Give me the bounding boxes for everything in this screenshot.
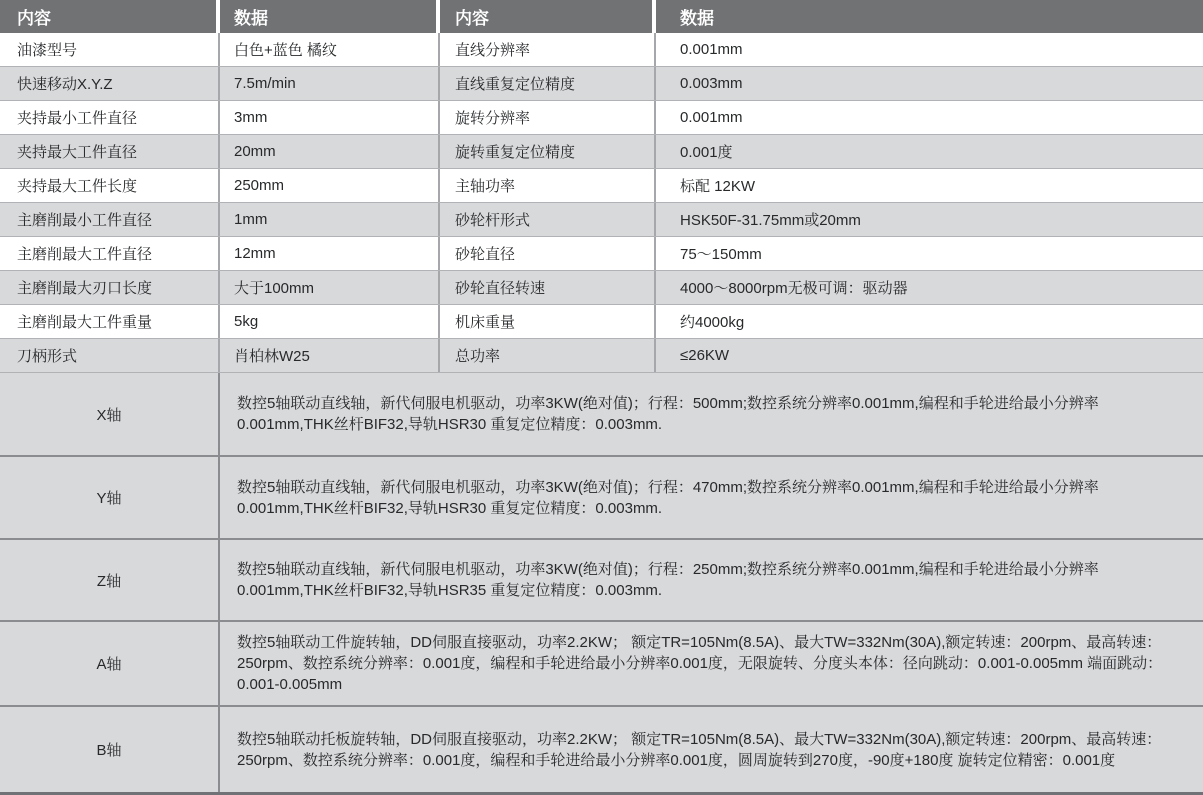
- axis-label-z: Z轴: [0, 540, 220, 620]
- machine-spec-table: 内容 数据 内容 数据 油漆型号 白色+蓝色 橘纹 直线分辨率 0.001mm …: [0, 0, 1203, 795]
- spec-value-right: 0.001mm: [656, 33, 1203, 66]
- axis-label-y: Y轴: [0, 457, 220, 538]
- table-row: 主磨削最大工件重量 5kg 机床重量 约4000kg: [0, 305, 1203, 339]
- table-row: 主磨削最大工件直径 12mm 砂轮直径 75～150mm: [0, 237, 1203, 271]
- header-data-left: 数据: [220, 0, 440, 33]
- table-row: 夹持最大工件长度 250mm 主轴功率 标配 12KW: [0, 169, 1203, 203]
- axis-label-b: B轴: [0, 707, 220, 792]
- axis-description-z: 数控5轴联动直线轴，新代伺服电机驱动，功率3KW(绝对值)；行程：250mm;数…: [220, 540, 1203, 620]
- spec-label-left: 夹持最大工件直径: [0, 135, 220, 168]
- spec-value-left: 白色+蓝色 橘纹: [220, 33, 440, 66]
- spec-value-left: 7.5m/min: [220, 67, 440, 100]
- spec-value-right: 4000～8000rpm无极可调：驱动器: [656, 271, 1203, 304]
- spec-value-right: 0.001mm: [656, 101, 1203, 134]
- axis-row-b: B轴 数控5轴联动托板旋转轴，DD伺服直接驱动，功率2.2KW； 额定TR=10…: [0, 707, 1203, 792]
- table-row: 主磨削最大刃口长度 大于100mm 砂轮直径转速 4000～8000rpm无极可…: [0, 271, 1203, 305]
- spec-label-right: 主轴功率: [440, 169, 656, 202]
- spec-label-right: 直线分辨率: [440, 33, 656, 66]
- spec-value-left: 12mm: [220, 237, 440, 270]
- spec-label-right: 砂轮直径转速: [440, 271, 656, 304]
- axis-row-x: X轴 数控5轴联动直线轴，新代伺服电机驱动，功率3KW(绝对值)；行程：500m…: [0, 373, 1203, 457]
- spec-value-left: 3mm: [220, 101, 440, 134]
- spec-value-right: 标配 12KW: [656, 169, 1203, 202]
- spec-label-left: 刀柄形式: [0, 339, 220, 372]
- axis-description-text: 数控5轴联动托板旋转轴，DD伺服直接驱动，功率2.2KW； 额定TR=105Nm…: [237, 729, 1181, 771]
- axis-label-a: A轴: [0, 622, 220, 705]
- spec-value-left: 5kg: [220, 305, 440, 338]
- spec-label-left: 夹持最小工件直径: [0, 101, 220, 134]
- spec-label-left: 主磨削最大刃口长度: [0, 271, 220, 304]
- axis-description-b: 数控5轴联动托板旋转轴，DD伺服直接驱动，功率2.2KW； 额定TR=105Nm…: [220, 707, 1203, 792]
- axis-description-text: 数控5轴联动直线轴，新代伺服电机驱动，功率3KW(绝对值)；行程：250mm;数…: [237, 559, 1181, 601]
- spec-label-left: 油漆型号: [0, 33, 220, 66]
- axis-description-y: 数控5轴联动直线轴，新代伺服电机驱动，功率3KW(绝对值)；行程：470mm;数…: [220, 457, 1203, 538]
- spec-value-right: 0.001度: [656, 135, 1203, 168]
- table-row: 夹持最小工件直径 3mm 旋转分辨率 0.001mm: [0, 101, 1203, 135]
- spec-value-right: ≤26KW: [656, 339, 1203, 372]
- table-row: 主磨削最小工件直径 1mm 砂轮杆形式 HSK50F-31.75mm或20mm: [0, 203, 1203, 237]
- spec-value-left: 250mm: [220, 169, 440, 202]
- spec-label-left: 主磨削最大工件重量: [0, 305, 220, 338]
- axis-row-y: Y轴 数控5轴联动直线轴，新代伺服电机驱动，功率3KW(绝对值)；行程：470m…: [0, 457, 1203, 540]
- spec-value-right: 约4000kg: [656, 305, 1203, 338]
- axis-description-a: 数控5轴联动工件旋转轴，DD伺服直接驱动，功率2.2KW； 额定TR=105Nm…: [220, 622, 1203, 705]
- spec-label-right: 砂轮杆形式: [440, 203, 656, 236]
- axis-description-text: 数控5轴联动直线轴，新代伺服电机驱动，功率3KW(绝对值)；行程：470mm;数…: [237, 477, 1181, 519]
- spec-label-right: 机床重量: [440, 305, 656, 338]
- spec-label-right: 旋转分辨率: [440, 101, 656, 134]
- spec-value-right: 75～150mm: [656, 237, 1203, 270]
- spec-value-right: 0.003mm: [656, 67, 1203, 100]
- header-content-right: 内容: [440, 0, 656, 33]
- spec-value-left: 1mm: [220, 203, 440, 236]
- table-row: 快速移动X.Y.Z 7.5m/min 直线重复定位精度 0.003mm: [0, 67, 1203, 101]
- spec-value-right: HSK50F-31.75mm或20mm: [656, 203, 1203, 236]
- axis-description-text: 数控5轴联动工件旋转轴，DD伺服直接驱动，功率2.2KW； 额定TR=105Nm…: [237, 632, 1181, 695]
- header-data-right: 数据: [656, 0, 1203, 33]
- axis-description-text: 数控5轴联动直线轴，新代伺服电机驱动，功率3KW(绝对值)；行程：500mm;数…: [237, 393, 1181, 435]
- axis-label-x: X轴: [0, 373, 220, 455]
- spec-label-right: 砂轮直径: [440, 237, 656, 270]
- spec-value-left: 大于100mm: [220, 271, 440, 304]
- spec-label-right: 旋转重复定位精度: [440, 135, 656, 168]
- spec-label-right: 总功率: [440, 339, 656, 372]
- spec-label-left: 夹持最大工件长度: [0, 169, 220, 202]
- spec-label-left: 主磨削最大工件直径: [0, 237, 220, 270]
- axis-row-z: Z轴 数控5轴联动直线轴，新代伺服电机驱动，功率3KW(绝对值)；行程：250m…: [0, 540, 1203, 622]
- table-row: 刀柄形式 肖柏林W25 总功率 ≤26KW: [0, 339, 1203, 373]
- table-row: 油漆型号 白色+蓝色 橘纹 直线分辨率 0.001mm: [0, 33, 1203, 67]
- axis-description-x: 数控5轴联动直线轴，新代伺服电机驱动，功率3KW(绝对值)；行程：500mm;数…: [220, 373, 1203, 455]
- table-row: 夹持最大工件直径 20mm 旋转重复定位精度 0.001度: [0, 135, 1203, 169]
- spec-label-left: 主磨削最小工件直径: [0, 203, 220, 236]
- table-header-row: 内容 数据 内容 数据: [0, 0, 1203, 33]
- spec-value-left: 肖柏林W25: [220, 339, 440, 372]
- spec-label-right: 直线重复定位精度: [440, 67, 656, 100]
- header-content-left: 内容: [0, 0, 220, 33]
- spec-value-left: 20mm: [220, 135, 440, 168]
- spec-label-left: 快速移动X.Y.Z: [0, 67, 220, 100]
- axis-row-a: A轴 数控5轴联动工件旋转轴，DD伺服直接驱动，功率2.2KW； 额定TR=10…: [0, 622, 1203, 707]
